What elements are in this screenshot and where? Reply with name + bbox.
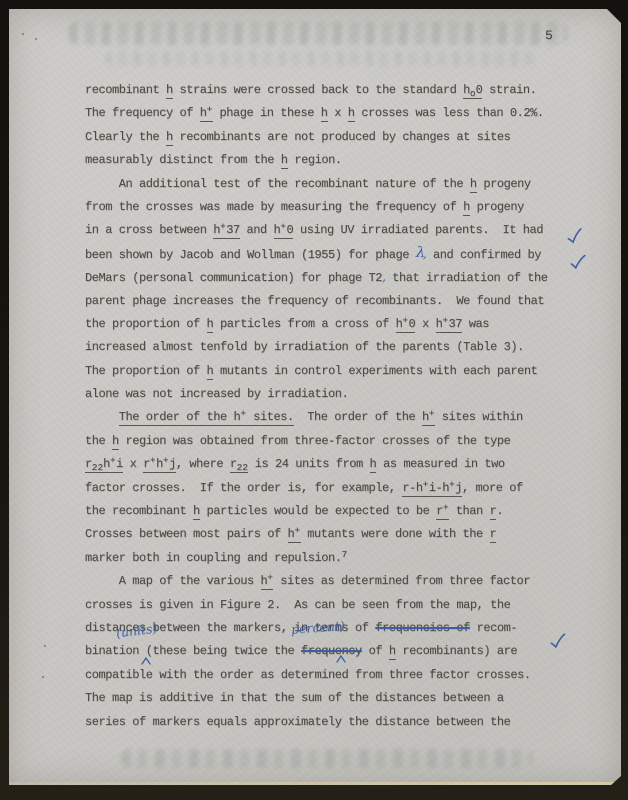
typed-segment: r [436,504,443,518]
typed-segment: + [280,215,286,238]
typed-segment: An additional test of the recombinant na… [85,177,470,191]
typed-segment: progeny [470,200,524,214]
typed-segment: h [274,223,281,237]
typed-line: parent phage increases the frequency of … [85,290,585,313]
typed-segment: frequency [301,644,362,658]
typed-segment: the proportion of [85,317,207,331]
typed-line: alone was not increased by irradiation. [85,383,585,406]
typed-segment: than [449,504,490,518]
typed-segment: recombinants) are [396,644,518,658]
typed-line: crosses is given in Figure 2. As can be … [85,594,585,617]
typed-segment: + [402,309,408,332]
typed-segment: . [496,504,503,518]
typed-segment: h [463,200,470,216]
typed-segment: bination (these being twice the [85,644,301,658]
typed-segment: h+0 [396,317,416,333]
typed-segment: increased almost tenfold by irradiation … [85,340,524,354]
typed-segment: r22 [230,457,248,473]
typed-segment: h [166,130,173,146]
typed-segment: The map is additive in that the sum of t… [85,691,504,705]
typed-segment: + [429,402,435,425]
typed-line: A map of the various h+ sites as determi… [85,570,585,593]
typed-segment: region. [288,153,342,167]
typed-segment: + [294,519,300,542]
typed-segment: o [470,82,476,105]
typed-segment: Crosses between most pairs of [85,527,288,541]
typed-segment: 7 [342,543,348,566]
paper-speck [44,645,46,647]
typed-segment: h+0 [274,223,294,239]
typed-line: from the crosses was made by measuring t… [85,196,585,219]
typed-segment: h [213,223,220,237]
typed-segment: h [321,106,328,122]
typed-segment: 37 [226,223,240,237]
typed-segment: sites within [435,410,523,424]
typed-segment: j [455,481,462,495]
typed-segment: distances between the markers, in terms … [85,621,375,635]
typed-segment: h+ [261,574,274,590]
typed-segment: particles from a cross of [213,317,395,331]
typed-segment: been shown by Jacob and Wollman (1955) f… [85,248,416,262]
document-page: 5 recombinant h strains were crossed bac… [9,9,621,785]
typed-segment: The frequency of [85,106,200,120]
typed-line: The map is additive in that the sum of t… [85,687,585,710]
typed-line: factor crosses. If the order is, for exa… [85,477,585,500]
typed-line: measurably distinct from the h region. [85,149,585,172]
typed-segment: particles would be expected to be [200,504,436,518]
typed-segment: that irradiation of the [385,271,547,285]
typed-line: The order of the h+ sites. The order of … [85,406,585,429]
typed-segment: + [423,473,429,496]
typed-segment: The order of the h+ sites. [119,410,294,426]
typed-segment: , more of [462,481,523,495]
typed-segment [85,410,119,424]
paper-speck [35,38,37,40]
typed-segment: 22 [237,456,248,479]
page-number: 5 [545,28,553,43]
typed-segment: marker both in coupling and repulsion. [85,551,342,565]
typed-segment: 37 [449,317,463,331]
typed-segment: of [362,644,389,658]
typed-segment: factor crosses. If the order is, for exa… [85,481,402,495]
typed-segment: from the crosses was made by measuring t… [85,200,463,214]
typed-segment: parent phage increases the frequency of … [85,294,544,308]
typed-segment: + [220,215,226,238]
typed-segment: ho0 [463,83,482,99]
paper-bottom-edge [9,782,621,785]
typed-segment: + [267,566,273,589]
typed-line: The proportion of h mutants in control e… [85,360,585,383]
typed-segment: r [490,527,497,543]
typed-segment: strains were crossed back to the standar… [173,83,463,97]
typed-segment: DeMars (personal communication) for phag… [85,271,382,285]
typed-segment: r-h [402,481,422,495]
typed-line: The frequency of h+ phage in these h x h… [85,102,585,125]
bleed-through-smudge [69,22,567,45]
typed-segment: measurably distinct from the [85,153,281,167]
typed-segment: h+37 [213,223,239,239]
typed-segment: + [150,449,156,472]
handwritten-inline: λ [415,242,423,266]
typed-segment: + [443,496,449,519]
typed-segment: Clearly the [85,130,166,144]
typed-segment: is 24 units from [248,457,370,471]
typed-segment: h+ [422,410,435,426]
typed-segment: compatible with the order as determined … [85,668,531,682]
typed-line: Crosses between most pairs of h+ mutants… [85,523,585,546]
typed-segment: h [156,457,163,471]
typed-line: the h region was obtained from three-fac… [85,430,585,453]
scanned-page: 5 recombinant h strains were crossed bac… [0,0,628,800]
typed-segment: h [436,317,443,331]
typed-segment: r [85,457,92,471]
typed-segment: + [110,449,116,472]
typed-segment: The order of the [294,410,422,424]
typed-line: been shown by Jacob and Wollman (1955) f… [85,243,585,266]
typed-segment: x [415,317,435,331]
typed-segment: h [166,83,173,99]
typed-segment: progeny [477,177,531,191]
bleed-through-smudge [121,749,533,768]
typed-segment: + [240,402,246,425]
typed-line: DeMars (personal communication) for phag… [85,266,585,289]
typed-segment: i-h [429,481,449,495]
typed-segment: The order of the h [119,410,241,424]
typed-line: in a cross between h+37 and h+0 using UV… [85,219,585,242]
typed-segment: h [389,644,396,660]
typed-line: compatible with the order as determined … [85,664,585,687]
typed-segment: as measured in two [376,457,504,471]
typed-segment: r [143,457,150,471]
typed-line: Clearly the h recombinants are not produ… [85,126,585,149]
typed-line: marker both in coupling and repulsion.7 [85,547,585,570]
typed-segment: h+ [200,106,213,122]
typed-segment: + [163,449,169,472]
typed-segment: recombinant [85,83,166,97]
typed-segment: in a cross between [85,223,213,237]
typed-segment: recom- [470,621,517,635]
typed-segment: frequencies of [375,621,470,635]
typed-segment: h [396,317,403,331]
typed-segment: r+h+j [143,457,176,473]
typed-segment: sites as determined from three factor [273,574,530,588]
typed-segment: h [193,504,200,520]
typed-line: series of markers equals approximately t… [85,711,585,734]
paper-speck [42,676,44,678]
typed-segment: h [470,177,477,193]
typed-segment: h [288,527,295,541]
typed-segment: h [463,83,470,97]
typed-segment: 22 [92,456,103,479]
typed-segment: A map of the various [85,574,261,588]
typed-segment: alone was not increased by irradiation. [85,387,348,401]
typed-text-block: recombinant h strains were crossed back … [85,79,585,734]
typed-segment: + [207,98,213,121]
typed-segment: and confirmed by [426,248,541,262]
typed-segment: h+37 [436,317,462,333]
typed-segment: The proportion of [85,364,207,378]
typed-segment: h [261,574,268,588]
typed-segment: series of markers equals approximately t… [85,715,510,729]
typed-segment: recombinants are not produced by changes… [173,130,511,144]
typed-segment: was [462,317,489,331]
typed-segment: h [348,106,355,122]
typed-segment: , where [176,457,230,471]
typed-segment: h [281,153,288,169]
typed-segment: x [123,457,143,471]
typed-segment: and [240,223,274,237]
typed-segment: sites. [246,410,293,424]
typed-segment: h [422,410,429,424]
typed-line: r22h+i x r+h+j, where r22 is 24 units fr… [85,453,585,476]
typed-segment: h [112,434,119,450]
typed-segment: phage in these [213,106,321,120]
typed-segment: h+ [288,527,301,543]
typed-segment: crosses is given in Figure 2. As can be … [85,598,510,612]
typed-line: recombinant h strains were crossed back … [85,79,585,102]
typed-segment: region was obtained from three-factor cr… [119,434,511,448]
typed-line: An additional test of the recombinant na… [85,173,585,196]
typed-line: increased almost tenfold by irradiation … [85,336,585,359]
typed-segment: r-h+i-h+j [402,481,462,497]
typed-segment: i [116,457,123,471]
typed-line: bination (these being twice the frequenc… [85,640,585,663]
typed-segment: mutants were done with the [301,527,490,541]
typed-segment: x [328,106,348,120]
typed-segment: h [103,457,110,471]
typed-segment: crosses was less than 0.2%. [355,106,544,120]
paper-speck [22,33,24,35]
typed-segment: j [169,457,176,471]
typed-segment: + [449,473,455,496]
typed-segment: r+ [436,504,449,520]
typed-line: the proportion of h particles from a cro… [85,313,585,336]
bleed-through-smudge [105,51,535,66]
typed-segment: + [442,309,448,332]
typed-segment: r [230,457,237,471]
typed-segment: mutants in control experiments with each… [213,364,537,378]
typed-segment: using UV irradiated parents. It had [293,223,543,237]
typed-segment: h [200,106,207,120]
typed-line: the recombinant h particles would be exp… [85,500,585,523]
typed-segment: r22h+i [85,457,123,473]
typed-segment: the [85,434,112,448]
typed-line: distances between the markers, in terms … [85,617,585,640]
typed-segment: strain. [482,83,536,97]
typed-segment: the recombinant [85,504,193,518]
